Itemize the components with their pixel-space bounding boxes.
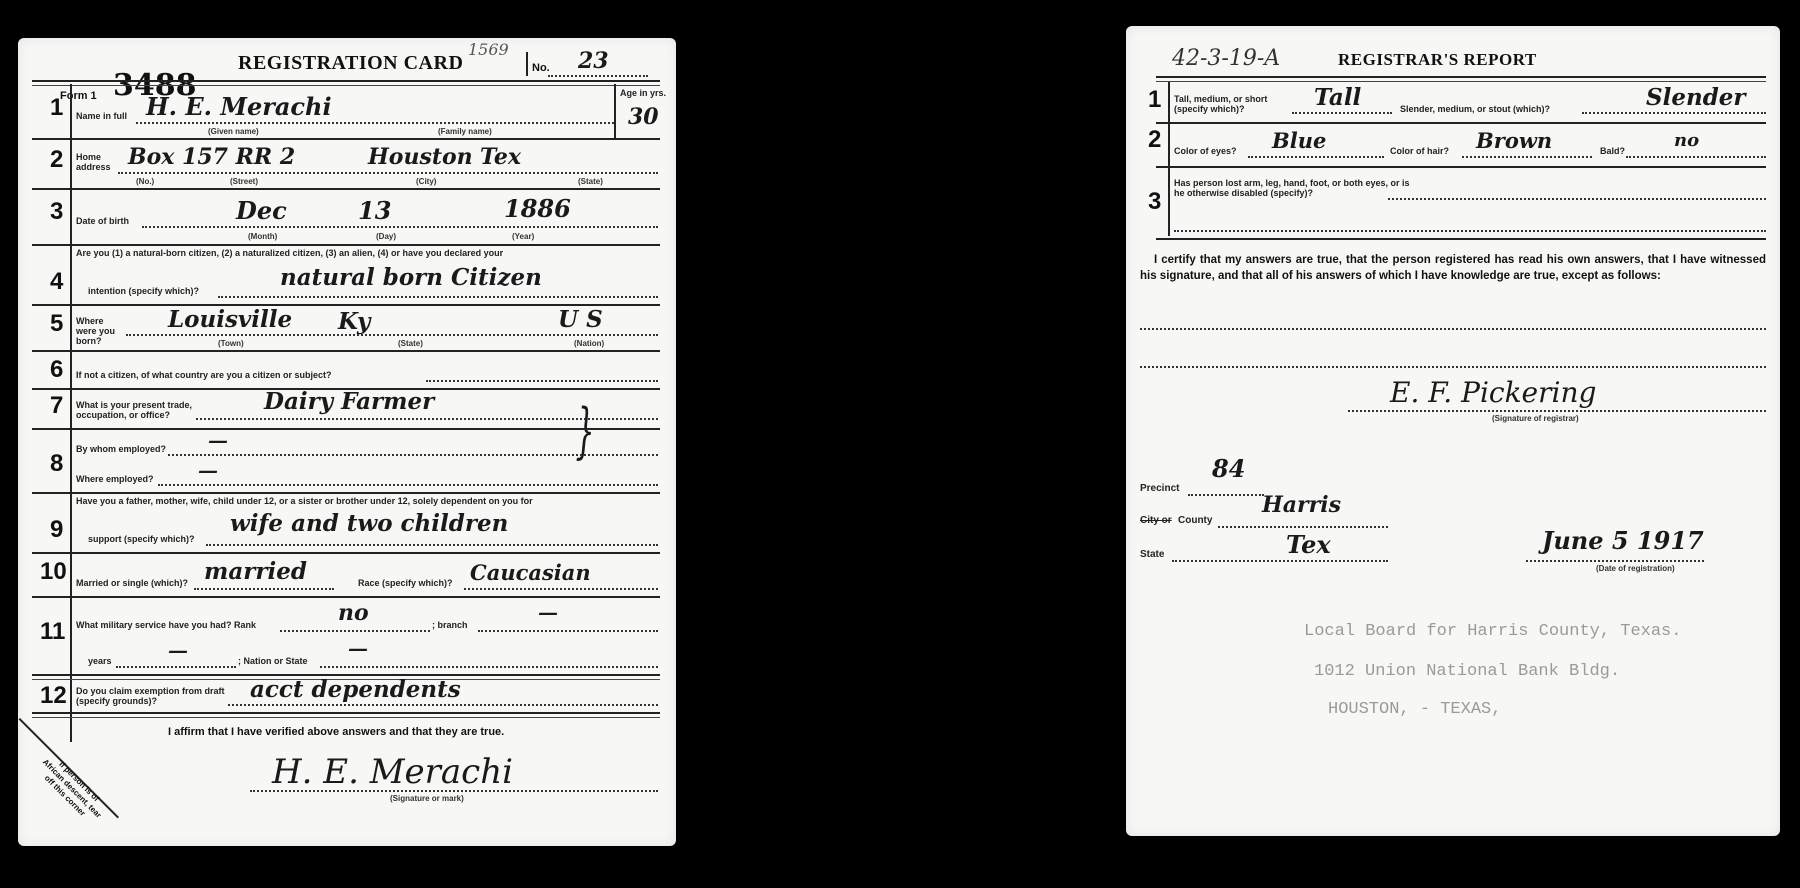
military-nation-value: — (348, 636, 368, 660)
row-number-divider (70, 84, 72, 742)
foreign-citizenship-label: If not a citizen, of what country are yo… (76, 370, 332, 380)
margin-note: 1569 (468, 40, 509, 59)
disability-label: Has person lost arm, leg, hand, foot, or… (1174, 178, 1414, 198)
divider (526, 52, 528, 76)
registrar-signature: E. F. Pickering (1390, 376, 1596, 409)
occupation-value: Dairy Farmer (264, 388, 434, 415)
exemption-value: acct dependents (250, 676, 461, 703)
birth-state: Ky (338, 308, 370, 335)
city-label-struck: City or (1140, 516, 1172, 526)
state-label: State (1140, 550, 1164, 560)
precinct-label: Precinct (1140, 484, 1179, 494)
dob-label: Date of birth (76, 216, 129, 226)
birth-town: Louisville (168, 306, 292, 333)
employment-place-label: Where employed? (76, 474, 154, 484)
citizenship-question: Are you (1) a natural-born citizen, (2) … (76, 248, 656, 258)
no-label: No. (532, 62, 550, 74)
bald-value: no (1674, 130, 1699, 151)
address-city-value: Houston (368, 144, 473, 170)
dependents-value: wife and two children (230, 510, 508, 537)
military-rank-value: no (338, 600, 369, 626)
age-label: Age in yrs. (620, 88, 666, 98)
certification-text: I certify that my answers are true, that… (1140, 252, 1766, 284)
build-label: Slender, medium, or stout (which)? (1400, 104, 1550, 114)
military-years-value: — (168, 638, 188, 662)
dob-year: 1886 (504, 194, 571, 223)
citizenship-value: natural born Citizen (280, 264, 542, 291)
card-title: REGISTRATION CARD (238, 52, 463, 75)
address-street-value: Box 157 RR 2 (128, 144, 295, 170)
military-service-label: What military service have you had? Rank (76, 620, 256, 630)
handwritten-code: 42-3-19-A (1172, 46, 1280, 71)
military-branch-value: — (538, 600, 558, 624)
registrar-signature-caption: (Signature of registrar) (1492, 414, 1579, 423)
corner-note: If person is of African descent, tear of… (33, 750, 111, 828)
form-label: Form 1 (60, 90, 97, 102)
home-address-label: Home address (76, 152, 112, 172)
occupation-label: What is your present trade, occupation, … (76, 400, 196, 420)
state-value: Tex (1286, 530, 1331, 559)
dependents-question: Have you a father, mother, wife, child u… (76, 496, 656, 506)
eye-color-label: Color of eyes? (1174, 146, 1237, 156)
eye-color-value: Blue (1272, 128, 1326, 153)
race-label: Race (specify which)? (358, 578, 453, 588)
affirmation-text: I affirm that I have verified above answ… (168, 726, 504, 738)
card-number: 23 (578, 48, 609, 74)
exemption-label: Do you claim exemption from draft (speci… (76, 686, 226, 706)
precinct-value: 84 (1212, 454, 1245, 483)
employment-place-value: — (198, 458, 218, 482)
name-value: H. E. Merachi (146, 92, 332, 121)
marital-status-value: married (204, 558, 307, 585)
county-label: County (1178, 516, 1212, 526)
registration-date: June 5 1917 (1542, 526, 1704, 555)
birth-nation: U S (558, 306, 603, 333)
build-value: Slender (1646, 84, 1746, 111)
signature-caption: (Signature or mark) (390, 794, 464, 803)
height-value: Tall (1314, 84, 1361, 111)
employer-value: — (208, 428, 228, 452)
employer-label: By whom employed? (76, 444, 166, 454)
registrant-signature: H. E. Merachi (272, 752, 513, 792)
county-value: Harris (1262, 492, 1341, 518)
age-value: 30 (628, 104, 659, 130)
hair-color-label: Color of hair? (1390, 146, 1449, 156)
name-label: Name in full (76, 111, 127, 121)
dob-day: 13 (358, 196, 391, 225)
marital-status-label: Married or single (which)? (76, 578, 188, 588)
race-value: Caucasian (470, 560, 591, 585)
hair-color-value: Brown (1476, 128, 1552, 153)
registrars-report-card: 42-3-19-A REGISTRAR'S REPORT 1 Tall, med… (1126, 26, 1780, 836)
header-rule (32, 80, 660, 86)
report-title: REGISTRAR'S REPORT (1338, 50, 1537, 70)
registration-card: Form 1 3488 REGISTRATION CARD 1569 No. 2… (18, 38, 676, 846)
height-label: Tall, medium, or short (specify which)? (1174, 94, 1284, 114)
birthplace-label: Where were you born? (76, 316, 124, 346)
dob-month: Dec (236, 196, 287, 225)
registration-date-caption: (Date of registration) (1596, 564, 1675, 573)
address-state-value: Tex (480, 144, 521, 170)
bald-label: Bald? (1600, 146, 1625, 156)
